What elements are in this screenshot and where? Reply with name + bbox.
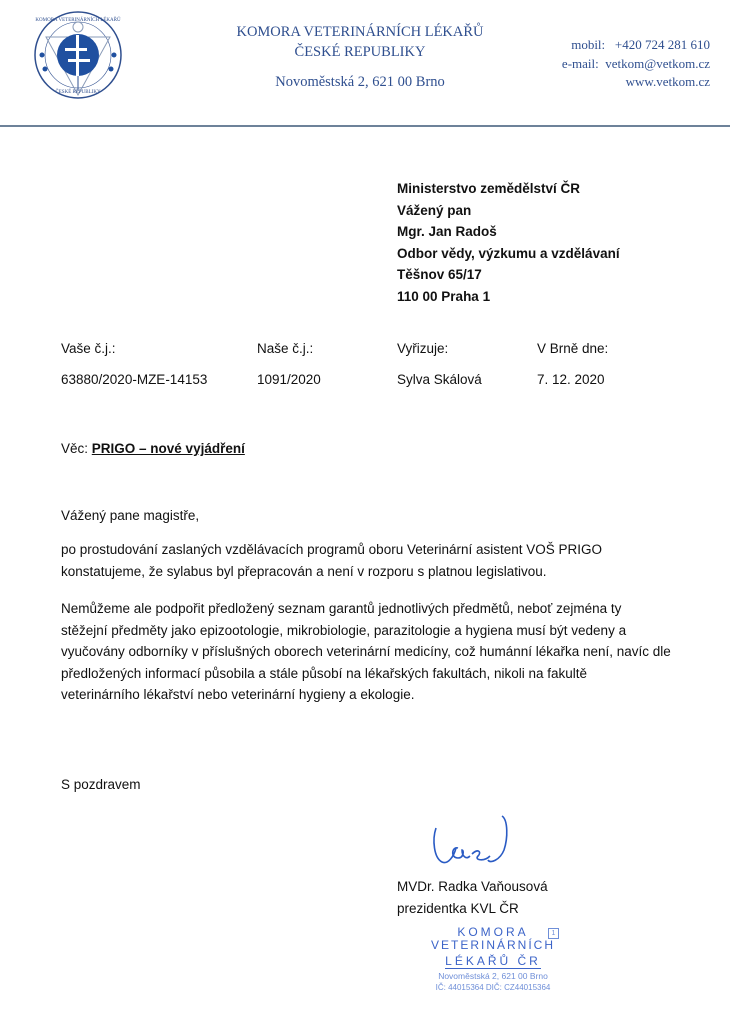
ref-label-our: Naše č.j.:	[257, 341, 313, 356]
ref-label-date: V Brně dne:	[537, 341, 608, 356]
kvl-emblem-icon: KOMORA VETERINÁRNÍCH LÉKAŘŮ ČESKÉ REPUBL…	[32, 9, 124, 101]
paragraph-line: stěžejní předměty jako epizootologie, mi…	[61, 620, 671, 642]
subject-label: Věc:	[61, 441, 88, 456]
organization-name-line1: KOMORA VETERINÁRNÍCH LÉKAŘŮ	[230, 22, 490, 42]
organization-name: KOMORA VETERINÁRNÍCH LÉKAŘŮ ČESKÉ REPUBL…	[230, 22, 490, 62]
recipient-line: Odbor vědy, výzkumu a vzdělávaní	[397, 243, 620, 265]
stamp-number-badge: 1	[548, 928, 559, 939]
handwritten-signature-icon	[428, 810, 528, 870]
contact-mobile: mobil: +420 724 281 610	[562, 36, 710, 55]
stamp-line2: VETERINÁRNÍCH	[418, 939, 568, 952]
closing: S pozdravem	[61, 774, 141, 796]
email-link[interactable]: vetkom@vetkom.cz	[605, 56, 710, 71]
signatory: MVDr. Radka Vaňousová prezidentka KVL ČR	[397, 876, 548, 919]
mobile-label: mobil:	[571, 37, 605, 52]
stamp-address: Novoměstská 2, 621 00 Brno	[418, 970, 568, 982]
ref-label-your: Vaše č.j.:	[61, 341, 116, 356]
ref-value-your: 63880/2020-MZE-14153	[61, 372, 207, 387]
paragraph-line: veterinárního lékařství nebo veterinární…	[61, 684, 671, 706]
header-divider	[0, 125, 730, 127]
contact-block: mobil: +420 724 281 610 e-mail: vetkom@v…	[562, 36, 710, 92]
email-label: e-mail:	[562, 56, 599, 71]
recipient-line: Vážený pan	[397, 200, 620, 222]
ref-value-date: 7. 12. 2020	[537, 372, 605, 387]
website-link[interactable]: www.vetkom.cz	[562, 73, 710, 92]
signatory-name: MVDr. Radka Vaňousová	[397, 876, 548, 898]
recipient-line: Těšnov 65/17	[397, 264, 620, 286]
svg-text:KOMORA VETERINÁRNÍCH LÉKAŘŮ: KOMORA VETERINÁRNÍCH LÉKAŘŮ	[35, 17, 121, 23]
contact-email: e-mail: vetkom@vetkom.cz	[562, 55, 710, 74]
recipient-line: Mgr. Jan Radoš	[397, 221, 620, 243]
organization-address: Novoměstská 2, 621 00 Brno	[230, 74, 490, 91]
organization-name-line2: ČESKÉ REPUBLIKY	[230, 42, 490, 62]
recipient-line: Ministerstvo zemědělství ČR	[397, 178, 620, 200]
mobile-number[interactable]: +420 724 281 610	[615, 37, 710, 52]
salutation: Vážený pane magistře,	[61, 505, 199, 527]
ref-value-handler: Sylva Skálová	[397, 372, 482, 387]
ref-value-our: 1091/2020	[257, 372, 321, 387]
ref-label-handler: Vyřizuje:	[397, 341, 448, 356]
subject-line: Věc: PRIGO – nové vyjádření	[61, 438, 245, 460]
subject-value: PRIGO – nové vyjádření	[92, 441, 245, 456]
svg-text:ČESKÉ REPUBLIKY: ČESKÉ REPUBLIKY	[55, 89, 101, 95]
paragraph-2: Nemůžeme ale podpořit předložený seznam …	[61, 598, 671, 706]
stamp-ids: IČ: 44015364 DIČ: CZ44015364	[418, 982, 568, 993]
paragraph-line: konstatujeme, že sylabus byl přepracován…	[61, 561, 602, 583]
paragraph-line: Nemůžeme ale podpořit předložený seznam …	[61, 598, 671, 620]
paragraph-line: po prostudování zaslaných vzdělávacích p…	[61, 539, 602, 561]
stamp-line3: LÉKAŘŮ ČR	[445, 955, 541, 969]
recipient-address: Ministerstvo zemědělství ČR Vážený pan M…	[397, 178, 620, 307]
paragraph-line: vyučovány odborníky v příslušných oborec…	[61, 641, 671, 663]
recipient-line: 110 00 Praha 1	[397, 286, 620, 308]
paragraph-line: předložených informací působila a stále …	[61, 663, 671, 685]
official-stamp: KOMORA VETERINÁRNÍCH LÉKAŘŮ ČR Novoměsts…	[418, 926, 568, 993]
signatory-title: prezidentka KVL ČR	[397, 898, 548, 920]
paragraph-1: po prostudování zaslaných vzdělávacích p…	[61, 539, 602, 582]
